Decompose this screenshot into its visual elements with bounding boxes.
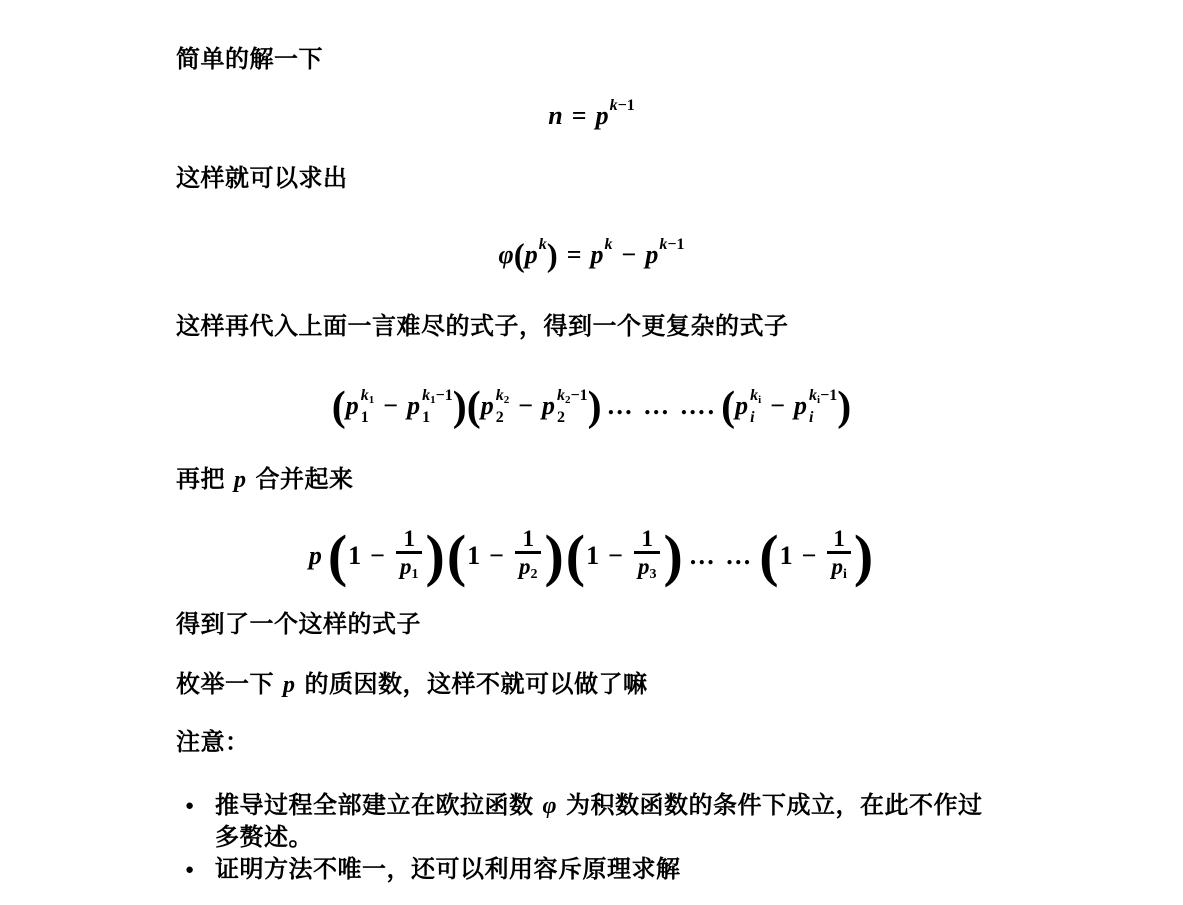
math-minus: − — [802, 543, 817, 569]
math-superscript: k−1 — [659, 237, 684, 253]
ellipsis-dots: … … — [689, 543, 754, 569]
stack-sup: ki−1 — [809, 389, 837, 407]
inline-var-p: p — [234, 467, 247, 493]
open-paren: ( — [328, 527, 347, 585]
stack-sub: 1 — [422, 411, 430, 425]
formula-euler-product: p ( 1 − 1p1 ) ( 1 − 1p2 ) ( 1 − 1p3 ) … … — [176, 520, 1007, 592]
text-pre: 再把 — [176, 467, 225, 493]
math-supsub-stack: ki−1i — [809, 389, 837, 425]
math-one: 1 — [348, 543, 361, 569]
open-paren: ( — [759, 527, 778, 585]
math-var-p: p — [645, 242, 658, 268]
math-sup-tail: −1 — [571, 387, 588, 404]
math-p-sub-sup: pk11 — [346, 388, 375, 424]
inline-var-p: p — [283, 672, 296, 698]
math-superscript: k — [539, 237, 547, 253]
text-pre: 推导过程全部建立在欧拉函数 — [215, 793, 534, 819]
paragraph-enumerate-primes: 枚举一下p的质因数，这样不就可以做了嘛 — [176, 670, 1007, 700]
math-minus: − — [770, 393, 785, 419]
math-superscript: k−1 — [610, 98, 635, 114]
fraction-denominator: pi — [827, 551, 850, 587]
math-supsub-stack: k11 — [361, 389, 375, 425]
close-paren: ) — [854, 527, 873, 585]
stack-sub: 2 — [496, 411, 504, 425]
math-p-power: pk — [591, 242, 613, 268]
stack-sub: i — [750, 411, 754, 425]
paragraph-merge-p: 再把p合并起来 — [176, 465, 1007, 495]
close-paren: ) — [837, 386, 851, 428]
open-paren: ( — [447, 527, 466, 585]
text-pre: 枚举一下 — [176, 672, 274, 698]
stack-sub: i — [809, 411, 813, 425]
math-p-sub-sup: pk1−11 — [407, 388, 453, 424]
fraction-denominator: p2 — [515, 551, 542, 587]
math-var-p: p — [346, 393, 359, 419]
math-sup-sub: 1 — [369, 394, 375, 406]
math-var-n: n — [548, 103, 562, 129]
fraction-numerator: 1 — [401, 526, 417, 551]
open-paren: ( — [467, 386, 481, 428]
stack-sub: 2 — [557, 411, 565, 425]
math-p-power: pk — [525, 242, 547, 268]
fraction-denominator: p3 — [634, 551, 661, 587]
fraction-denominator: p1 — [396, 551, 423, 587]
math-one: 1 — [467, 543, 480, 569]
stack-sup: k1−1 — [422, 389, 453, 407]
math-minus: − — [370, 543, 385, 569]
math-minus: − — [383, 393, 398, 419]
math-var-p: p — [309, 543, 322, 569]
paragraph-intro: 简单的解一下 — [176, 45, 1007, 75]
open-paren: ( — [514, 240, 525, 273]
open-paren: ( — [721, 386, 735, 428]
fraction-numerator: 1 — [831, 526, 847, 551]
math-supsub-stack: kii — [750, 389, 761, 425]
math-p-sub-sup: pk22 — [481, 388, 510, 424]
math-minus: − — [608, 543, 623, 569]
open-paren: ( — [566, 527, 585, 585]
math-superscript: k — [605, 237, 613, 253]
math-var-p: p — [596, 103, 609, 129]
text-post: 合并起来 — [256, 467, 354, 493]
math-var-phi: φ — [499, 242, 514, 268]
paragraph-got-expression: 得到了一个这样的式子 — [176, 610, 1007, 640]
math-sup-var: k — [610, 97, 618, 114]
math-minus: − — [518, 393, 533, 419]
math-supsub-stack: k1−11 — [422, 389, 453, 425]
math-var-p: p — [831, 554, 843, 579]
note-item-multiplicative: ● 推导过程全部建立在欧拉函数φ为积数函数的条件下成立，在此不作过多赘述。 — [176, 790, 1007, 854]
stack-sup: ki — [750, 389, 761, 407]
math-sup-var: k — [496, 387, 504, 404]
close-paren: ) — [588, 386, 602, 428]
math-subscript: i — [843, 567, 847, 582]
text-post: 的质因数，这样不就可以做了嘛 — [305, 672, 648, 698]
math-var-p: p — [638, 554, 650, 579]
note-text: 证明方法不唯一，还可以利用容斥原理求解 — [215, 854, 1007, 886]
math-sup-var: k — [361, 387, 369, 404]
close-paren: ) — [425, 527, 444, 585]
math-subscript: 3 — [649, 567, 656, 582]
stack-sup: k2 — [496, 389, 510, 407]
math-sup-var: k — [422, 387, 430, 404]
math-subscript: 2 — [530, 567, 537, 582]
math-sup-var: k — [750, 387, 758, 404]
math-var-p: p — [794, 393, 807, 419]
document-page: 简单的解一下 n = pk−1 这样就可以求出 φ ( pk ) = pk − … — [0, 0, 1183, 905]
bullet-icon: ● — [176, 790, 215, 822]
math-p-sub-sup: pkii — [735, 388, 761, 424]
math-var-p: p — [542, 393, 555, 419]
math-fraction: 1p1 — [396, 526, 423, 587]
bullet-icon: ● — [176, 854, 215, 886]
math-p-sub-sup: pk2−12 — [542, 388, 588, 424]
formula-product-of-prime-powers: ( pk11 − pk1−11 ) ( pk22 − pk2−12 ) … … … — [176, 378, 1007, 434]
close-paren: ) — [453, 386, 467, 428]
close-paren: ) — [547, 240, 558, 273]
formula-phi-p-power: φ ( pk ) = pk − pk−1 — [176, 232, 1007, 278]
close-paren: ) — [544, 527, 563, 585]
math-var-p: p — [735, 393, 748, 419]
math-fraction: 1p2 — [515, 526, 542, 587]
math-fraction: 1p3 — [634, 526, 661, 587]
math-var-p: p — [525, 242, 538, 268]
stack-sup: k1 — [361, 389, 375, 407]
fraction-numerator: 1 — [520, 526, 536, 551]
math-fraction: 1pi — [827, 526, 850, 587]
math-sup-var: k — [809, 387, 817, 404]
math-one: 1 — [780, 543, 793, 569]
math-supsub-stack: k22 — [496, 389, 510, 425]
ellipsis-dots: … … …. — [607, 393, 717, 419]
math-sup-sub: 2 — [504, 394, 510, 406]
paragraph-substitute: 这样再代入上面一言难尽的式子，得到一个更复杂的式子 — [176, 312, 1007, 342]
math-equals: = — [572, 103, 587, 129]
math-sup-sub: i — [758, 394, 761, 406]
note-text: 推导过程全部建立在欧拉函数φ为积数函数的条件下成立，在此不作过多赘述。 — [215, 790, 1007, 854]
math-sup-var: k — [557, 387, 565, 404]
math-sup-tail: −1 — [618, 97, 635, 114]
math-p-sub-sup: pki−1i — [794, 388, 837, 424]
stack-sub: 1 — [361, 411, 369, 425]
math-sup-tail: −1 — [436, 387, 453, 404]
stack-sup: k2−1 — [557, 389, 588, 407]
close-paren: ) — [663, 527, 682, 585]
math-minus: − — [489, 543, 504, 569]
math-supsub-stack: k2−12 — [557, 389, 588, 425]
math-var-p: p — [400, 554, 412, 579]
paragraph-note-heading: 注意： — [176, 728, 1007, 758]
math-minus: − — [622, 242, 637, 268]
math-p-power: pk−1 — [596, 103, 635, 129]
math-subscript: 1 — [411, 567, 418, 582]
document-content: 简单的解一下 n = pk−1 这样就可以求出 φ ( pk ) = pk − … — [0, 0, 1183, 886]
math-p-power: pk−1 — [645, 242, 684, 268]
math-var-p: p — [481, 393, 494, 419]
inline-var-phi: φ — [543, 793, 558, 819]
math-one: 1 — [586, 543, 599, 569]
math-sup-tail: −1 — [820, 387, 837, 404]
math-var-p: p — [407, 393, 420, 419]
math-equals: = — [567, 242, 582, 268]
open-paren: ( — [332, 386, 346, 428]
note-item-inclusion-exclusion: ● 证明方法不唯一，还可以利用容斥原理求解 — [176, 854, 1007, 886]
fraction-numerator: 1 — [639, 526, 655, 551]
paragraph-so-we-get: 这样就可以求出 — [176, 164, 1007, 194]
formula-n-equals-p-power: n = pk−1 — [176, 97, 1007, 135]
notes-list: ● 推导过程全部建立在欧拉函数φ为积数函数的条件下成立，在此不作过多赘述。 ● … — [176, 790, 1007, 886]
math-var-p: p — [519, 554, 531, 579]
math-sup-tail: −1 — [667, 236, 684, 253]
math-var-p: p — [591, 242, 604, 268]
